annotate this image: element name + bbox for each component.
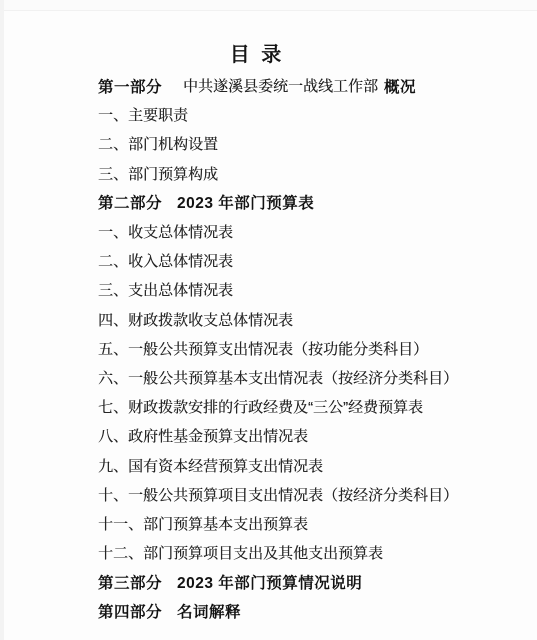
toc-item-part2-4: 四、财政拨款收支总体情况表	[98, 305, 528, 334]
toc-section-4: 第四部分 名词解释	[98, 596, 528, 625]
toc-item-part1-1: 一、主要职责	[98, 100, 528, 129]
scanned-budget-document-page: 目 录 第一部分 中共遂溪县委统一战线工作部 概况 一、主要职责 二、部门机构设…	[0, 0, 537, 640]
toc-section-3: 第三部分 2023 年部门预算情况说明	[98, 567, 528, 596]
toc-item-part2-7: 七、财政拨款安排的行政经费及“三公”经费预算表	[98, 392, 528, 421]
toc-item-part2-9: 九、国有资本经营预算支出情况表	[98, 450, 528, 479]
toc-section-2: 第二部分 2023 年部门预算表	[98, 188, 528, 217]
toc-item-part2-11: 十一、部门预算基本支出预算表	[98, 509, 528, 538]
table-of-contents: 第一部分 中共遂溪县委统一战线工作部 概况 一、主要职责 二、部门机构设置 三、…	[98, 71, 528, 626]
toc-item-part1-3: 三、部门预算构成	[98, 159, 528, 188]
scan-left-edge-artifact	[0, 0, 4, 640]
toc-item-part2-12: 十二、部门预算项目支出及其他支出预算表	[98, 538, 528, 567]
section-3-title: 2023 年部门预算情况说明	[177, 571, 362, 593]
toc-item-part2-3: 三、支出总体情况表	[98, 275, 528, 304]
page-title: 目 录	[0, 38, 514, 67]
toc-item-part2-6: 六、一般公共预算基本支出情况表（按经济分类科目）	[98, 363, 528, 392]
toc-item-part2-1: 一、收支总体情况表	[98, 217, 528, 246]
section-3-label: 第三部分	[98, 571, 162, 593]
section-2-label: 第二部分	[98, 191, 162, 213]
toc-section-1: 第一部分 中共遂溪县委统一战线工作部 概况	[98, 71, 528, 100]
section-1-suffix: 概况	[384, 75, 416, 97]
section-4-title: 名词解释	[177, 600, 241, 622]
toc-item-part2-10: 十、一般公共预算项目支出情况表（按经济分类科目）	[98, 480, 528, 509]
toc-item-part2-8: 八、政府性基金预算支出情况表	[98, 421, 528, 450]
section-4-label: 第四部分	[98, 600, 162, 622]
scan-top-edge-artifact	[0, 0, 537, 11]
toc-item-part2-5: 五、一般公共预算支出情况表（按功能分类科目）	[98, 334, 528, 363]
section-2-title: 2023 年部门预算表	[177, 191, 314, 213]
toc-item-part1-2: 二、部门机构设置	[98, 129, 528, 158]
section-1-department-name: 中共遂溪县委统一战线工作部	[183, 75, 378, 96]
section-1-label: 第一部分	[98, 75, 162, 97]
toc-item-part2-2: 二、收入总体情况表	[98, 246, 528, 275]
